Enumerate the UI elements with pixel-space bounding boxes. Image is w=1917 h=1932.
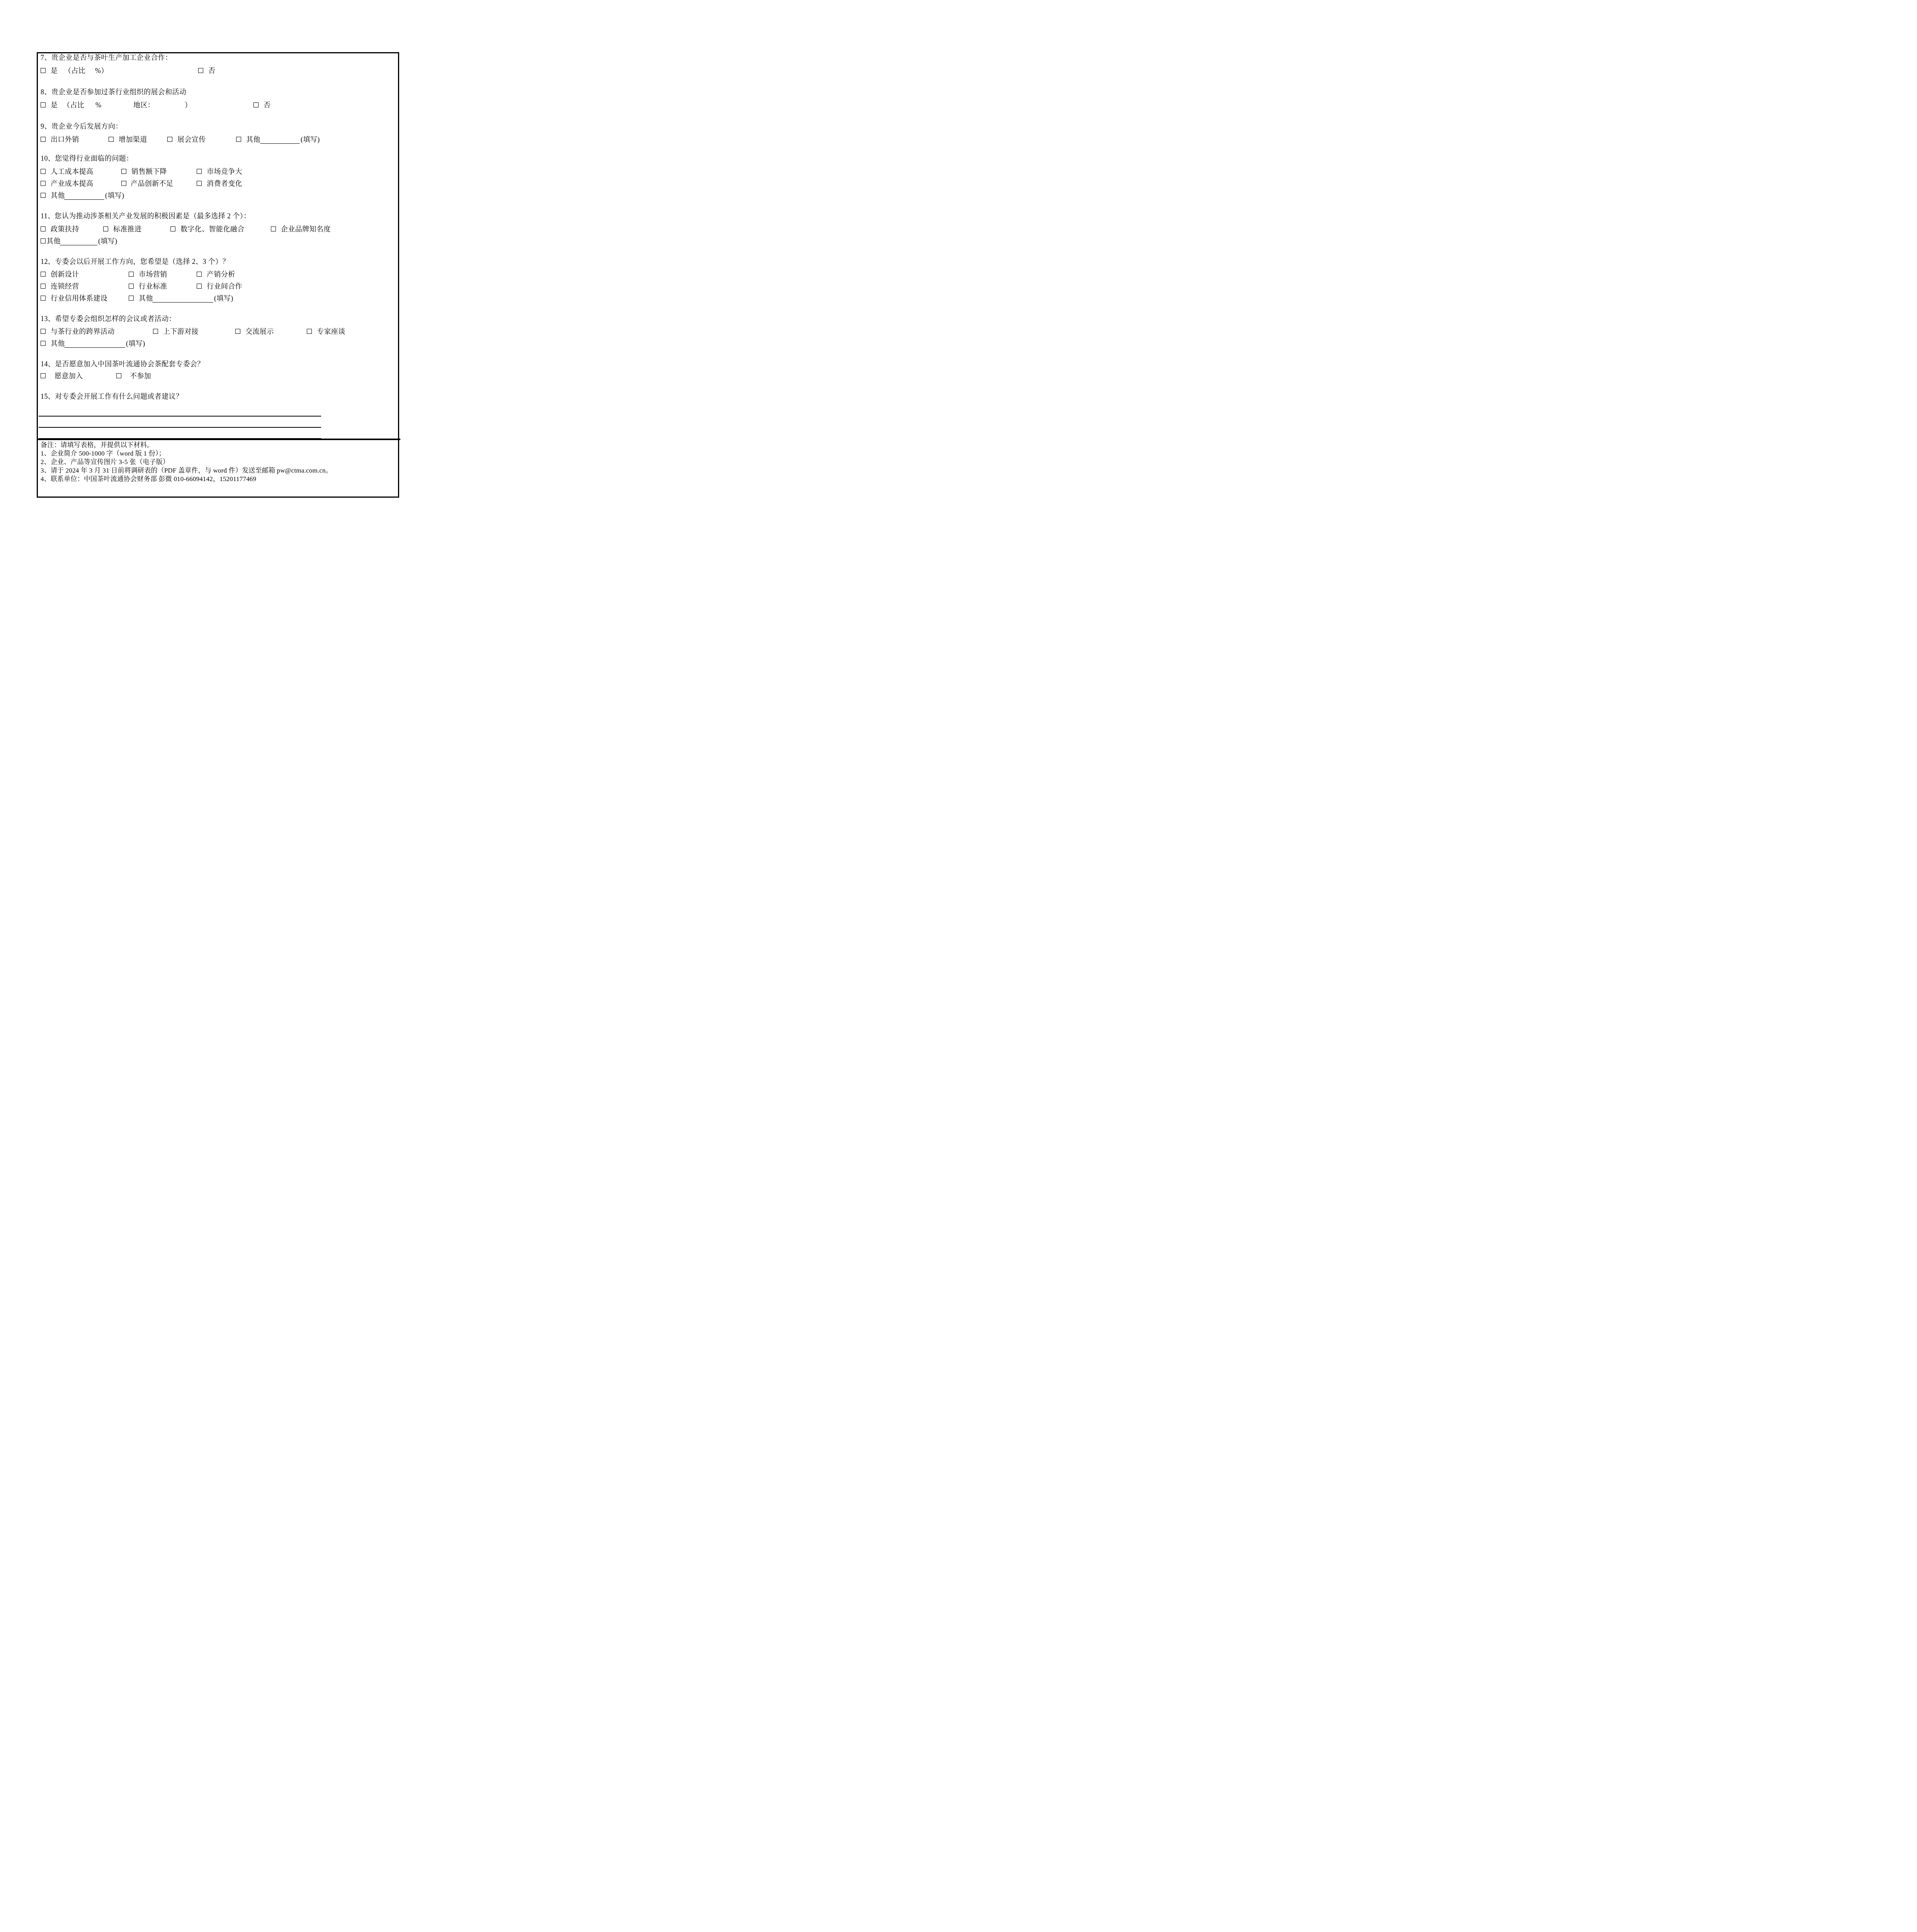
option-label: 消费者变化 (207, 180, 242, 187)
fill-in-blank[interactable] (64, 339, 125, 348)
checkbox[interactable] (41, 272, 46, 277)
option-label: 产销分析 (207, 270, 235, 278)
option-label: (填写) (105, 192, 124, 199)
option-label: 出口外销 (51, 136, 79, 143)
checkbox[interactable] (129, 296, 134, 301)
checkbox[interactable] (129, 284, 134, 289)
option-label: 企业品牌知名度 (281, 225, 331, 233)
option-label: % (95, 101, 101, 109)
option-label: 产业成本提高 (51, 180, 93, 187)
checkbox[interactable] (197, 181, 202, 186)
checkbox[interactable] (41, 226, 46, 231)
note-line: 4、联系单位：中国茶叶流通协会财务部 彭微 010-66094142，15201… (41, 475, 256, 483)
fill-in-blank[interactable] (152, 294, 213, 303)
option-label: 其他 (51, 192, 65, 199)
option-label: (填写) (98, 237, 117, 245)
question-title: 10、您觉得行业面临的问题： (41, 155, 133, 162)
option-label: 其他 (51, 340, 65, 347)
checkbox[interactable] (253, 102, 259, 107)
survey-page: 7、贵企业是否与茶叶生产加工企业合作：是（占比%）否8、贵企业是否参加过茶行业组… (0, 0, 434, 613)
checkbox[interactable] (41, 238, 46, 243)
checkbox[interactable] (153, 329, 158, 334)
checkbox[interactable] (197, 284, 202, 289)
checkbox[interactable] (129, 272, 134, 277)
note-line: 2、企业、产品等宣传图片 3-5 张（电子版） (41, 458, 169, 466)
checkbox[interactable] (197, 169, 202, 174)
option-label: 连锁经营 (51, 282, 79, 290)
option-label: 是 (51, 67, 58, 75)
checkbox[interactable] (197, 272, 202, 277)
checkbox[interactable] (170, 226, 175, 231)
checkbox[interactable] (41, 102, 46, 107)
option-label: 上下游对接 (163, 328, 199, 335)
question-title: 14、是否愿意加入中国茶叶流通协会茶配套专委会？ (41, 360, 204, 368)
checkbox[interactable] (235, 329, 240, 334)
option-label: (填写) (126, 340, 145, 347)
answer-line[interactable] (39, 438, 321, 439)
option-label: 否 (208, 67, 215, 75)
option-label: 是 (51, 101, 58, 109)
option-label: %） (95, 67, 108, 75)
checkbox[interactable] (41, 181, 46, 186)
option-label: 数字化、智能化融合 (180, 225, 245, 233)
checkbox[interactable] (236, 137, 241, 142)
checkbox[interactable] (41, 68, 46, 73)
note-line: 3、请于 2024 年 3 月 31 日前将调研表的（PDF 盖章件，与 wor… (41, 467, 332, 474)
checkbox[interactable] (167, 137, 172, 142)
checkbox[interactable] (41, 373, 46, 378)
checkbox[interactable] (109, 137, 114, 142)
answer-line[interactable] (39, 427, 321, 428)
option-label: 其他 (46, 237, 61, 245)
option-label: 创新设计 (51, 270, 79, 278)
question-title: 7、贵企业是否与茶叶生产加工企业合作： (41, 54, 172, 61)
question-title: 11、您认为推动涉茶相关产业发展的积极因素是（最多选择 2 个）： (41, 212, 251, 220)
checkbox[interactable] (41, 169, 46, 174)
note-line: 1、企业简介 500-1000 字（word 版 1 份）； (41, 450, 165, 457)
option-label: 销售额下降 (131, 168, 167, 175)
option-label: 其他 (246, 136, 260, 143)
option-label: 增加渠道 (119, 136, 147, 143)
checkbox[interactable] (41, 341, 46, 346)
option-label: 市场竞争大 (207, 168, 242, 175)
checkbox[interactable] (41, 193, 46, 198)
option-label: 不参加 (130, 372, 151, 380)
fill-in-blank[interactable] (60, 237, 97, 245)
option-label: 标准推进 (113, 225, 142, 233)
question-title: 13、希望专委会组织怎样的会议或者活动： (41, 315, 176, 323)
option-label: 地区： (133, 101, 155, 109)
question-title: 15、对专委会开展工作有什么问题或者建议？ (41, 393, 183, 400)
question-title: 12、专委会以后开展工作方向，您希望是（选择 2、3 个）？ (41, 258, 230, 265)
option-label: 政策扶持 (51, 225, 79, 233)
option-label: 市场营销 (139, 270, 167, 278)
note-line: 备注：请填写表格，并提供以下材料。 (41, 441, 153, 449)
option-label: ） (185, 101, 192, 109)
checkbox[interactable] (41, 284, 46, 289)
option-label: 交流展示 (245, 328, 274, 335)
question-title: 8、贵企业是否参加过茶行业组织的展会和活动 (41, 88, 186, 96)
option-label: 专家座谈 (317, 328, 345, 335)
checkbox[interactable] (41, 296, 46, 301)
option-label: (填写) (301, 136, 320, 143)
option-label: 行业信用体系建设 (51, 294, 107, 302)
option-label: 其他 (139, 294, 153, 302)
option-label: 行业标准 (139, 282, 167, 290)
option-label: 愿意加入 (54, 372, 83, 380)
option-label: (填写) (214, 294, 233, 302)
checkbox[interactable] (41, 137, 46, 142)
checkbox[interactable] (198, 68, 203, 73)
option-label: （占比 (64, 67, 85, 75)
option-label: 行业间合作 (207, 282, 242, 290)
checkbox[interactable] (121, 181, 126, 186)
option-label: 与茶行业的跨界活动 (51, 328, 115, 335)
question-title: 9、贵企业今后发展方向： (41, 122, 122, 130)
option-label: 否 (264, 101, 270, 109)
fill-in-blank[interactable] (64, 191, 104, 200)
checkbox[interactable] (116, 373, 121, 378)
option-label: 展会宣传 (177, 136, 206, 143)
fill-in-blank[interactable] (260, 135, 300, 144)
answer-line[interactable] (39, 416, 321, 417)
option-label: 产品创新不足 (131, 180, 173, 187)
option-label: 人工成本提高 (51, 168, 93, 175)
checkbox[interactable] (103, 226, 108, 231)
checkbox[interactable] (271, 226, 276, 231)
checkbox[interactable] (307, 329, 312, 334)
checkbox[interactable] (41, 329, 46, 334)
option-label: （占比 (63, 101, 84, 109)
checkbox[interactable] (121, 169, 126, 174)
